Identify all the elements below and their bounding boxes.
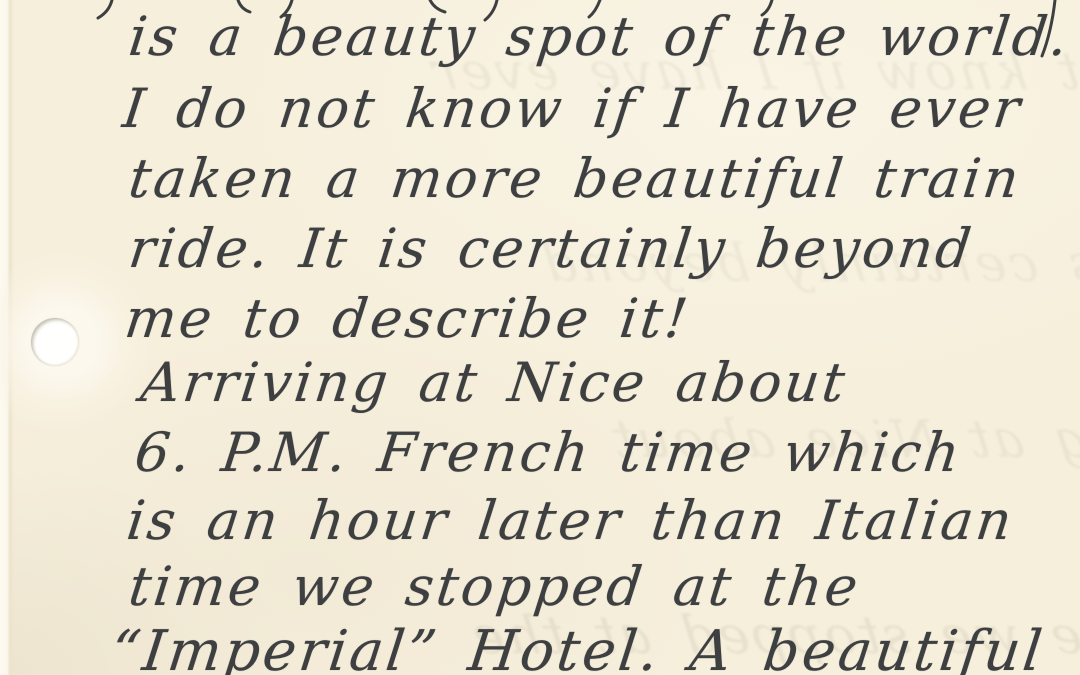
handwriting-line: “Imperial” Hotel. A beautiful: [108, 624, 1048, 675]
handwriting-line: Arriving at Nice about: [138, 356, 851, 410]
hole-punch: [31, 318, 79, 366]
handwriting-line: is an hour later than Italian: [124, 494, 1017, 548]
scanned-letter-page: I do not know if I have ever ride. It is…: [0, 0, 1080, 675]
handwriting-line: me to describe it!: [122, 292, 693, 346]
handwriting-line: is a beauty spot of the world.: [126, 10, 1073, 64]
handwriting-line: 6. P.M. French time which: [132, 426, 965, 480]
handwriting-line: I do not know if I have ever: [120, 82, 1026, 136]
handwriting-line: time we stopped at the: [126, 560, 864, 614]
handwriting-line: taken a more beautiful train: [126, 152, 1025, 206]
handwriting-line: ride. It is certainly beyond: [126, 222, 977, 276]
